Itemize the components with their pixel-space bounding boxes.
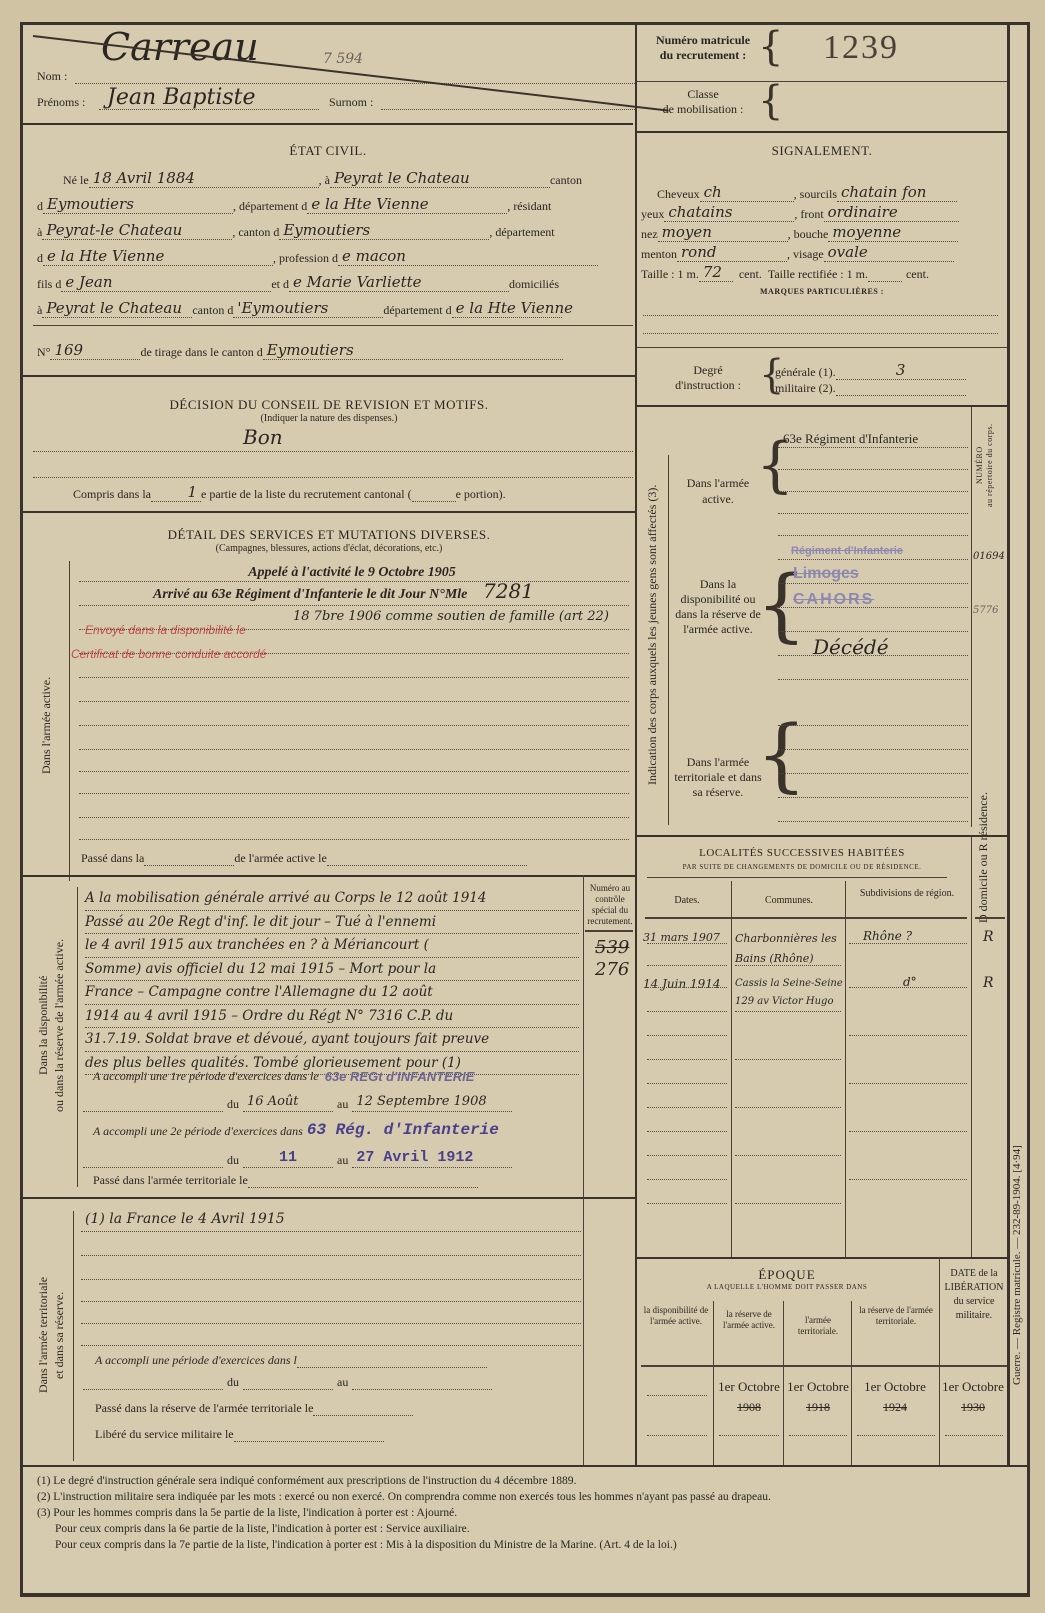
- terr-line: [81, 1255, 581, 1256]
- passe-reserve-terr-row: Passé dans la réserve de l'armée territo…: [95, 1401, 413, 1416]
- divider: [637, 405, 1007, 407]
- epoque-title: ÉPOQUE: [637, 1267, 937, 1283]
- bracket-line: [69, 561, 70, 881]
- services-title: DÉTAIL DES SERVICES ET MUTATIONS DIVERSE…: [23, 527, 635, 543]
- divider: [637, 81, 1007, 82]
- service-line: [79, 725, 629, 726]
- matricule-label: Numéro matricule du recrutement :: [643, 33, 763, 63]
- side-label-active: Dans l'armée active.: [39, 565, 54, 885]
- bracket-line: [668, 455, 669, 825]
- right-border: [1007, 25, 1010, 1465]
- epoque-col-reserve-territoriale: la réserve de l'armée territoriale.: [853, 1305, 939, 1327]
- mobilisation-text: A la mobilisation générale arrivé au Cor…: [85, 887, 579, 1075]
- localite-subdivision: Rhône ?: [863, 929, 912, 943]
- service-line: [79, 701, 629, 702]
- envoye-stamp: Envoyé dans la disponibilité le: [85, 623, 246, 637]
- divider: [585, 930, 633, 932]
- periode2-row: A accompli une 2e période d'exercices da…: [93, 1121, 499, 1139]
- localite-line: [735, 1155, 841, 1156]
- column-divider: [939, 1257, 940, 1465]
- divider: [647, 877, 947, 878]
- controle-header: Numéro au contrôle spécial du recrutemen…: [585, 883, 635, 927]
- reserve-stamp-2: Limoges: [793, 565, 859, 583]
- localite-line: [735, 1203, 841, 1204]
- epoque-line: [857, 1435, 935, 1436]
- localite-line: [849, 1083, 967, 1084]
- column-divider: [583, 1197, 584, 1467]
- brace-icon: {: [758, 81, 783, 121]
- localites-title: LOCALITÉS SUCCESSIVES HABITÉES: [637, 847, 967, 859]
- corps-line: [778, 491, 968, 492]
- prenoms-value: Jean Baptiste: [107, 85, 256, 110]
- terr-dates-row: du au: [83, 1375, 492, 1390]
- periode1-dates-row: du 16 Août au 12 Septembre 1908: [83, 1093, 512, 1112]
- marques-line: [643, 315, 998, 316]
- localite-line: [735, 965, 841, 966]
- decision-line: [33, 451, 633, 452]
- service-line: [79, 771, 629, 772]
- column-divider: [635, 25, 637, 1465]
- divider: [23, 1197, 635, 1199]
- decision-line: [33, 477, 633, 478]
- corps-reserve-label: Dans la disponibilité ou dans la réserve…: [671, 577, 765, 637]
- militaire-row: militaire (2).: [775, 381, 966, 396]
- service-line: [79, 749, 629, 750]
- surnom-label: Surnom :: [329, 95, 373, 110]
- certificat-stamp: Certificat de bonne conduite accordé: [71, 647, 266, 661]
- arrive-text: Arrivé au 63e Régiment d'Infanterie le d…: [153, 587, 467, 603]
- epoque-line: [647, 1435, 707, 1436]
- taille-row: Taille : 1 m. 72 cent. Taille rectifiée …: [641, 263, 929, 282]
- appele-text: Appelé à l'activité le 9 Octobre 1905: [69, 565, 635, 581]
- column-divider: [713, 1301, 714, 1465]
- localite-line: [735, 1107, 841, 1108]
- divider: [23, 875, 635, 877]
- profession-row: d e la Hte Vienne , profession d e macon: [37, 247, 633, 266]
- terr-line: [81, 1323, 581, 1324]
- corps-line: [778, 725, 968, 726]
- generale-row: générale (1). 3: [775, 361, 966, 380]
- nom-line: [75, 83, 635, 84]
- corps-active-value: 63e Régiment d'Infanterie: [783, 431, 918, 447]
- column-divider: [731, 881, 732, 1257]
- margin-imprint: Guerre. — Registre matricule. — 232-89-1…: [1011, 1065, 1023, 1465]
- epoque-value: 1er Octobre 1918: [783, 1377, 853, 1417]
- localite-line: [849, 943, 967, 944]
- services-subtitle: (Campagnes, blessures, actions d'éclat, …: [23, 543, 635, 554]
- localite-line: [647, 943, 727, 944]
- localites-col-type: D domicile ou R résidence.: [977, 843, 989, 923]
- divider: [23, 123, 633, 125]
- nez-row: nez moyen , bouche moyenne: [641, 223, 958, 242]
- service-line: [79, 629, 629, 630]
- menton-row: menton rond , visage ovale: [641, 243, 954, 262]
- reserve-stamp-1: Régiment d'Infanterie: [791, 545, 903, 557]
- periode1-row: A accompli une 1re période d'exercices d…: [93, 1069, 474, 1084]
- degre-label: Degré d'instruction :: [653, 363, 763, 393]
- decision-title: DÉCISION DU CONSEIL DE REVISION ET MOTIF…: [23, 397, 635, 413]
- localite-line: [647, 1035, 727, 1036]
- localite-line: [647, 965, 727, 966]
- canton-row: d Eymoutiers , département d e la Hte Vi…: [37, 195, 633, 214]
- epoque-value: 1er Octobre 1930: [939, 1377, 1007, 1417]
- libere-row: Libéré du service militaire le: [95, 1427, 384, 1442]
- signalement-title: SIGNALEMENT.: [637, 143, 1007, 159]
- localite-line: [647, 1179, 727, 1180]
- localite-type: R: [983, 975, 994, 991]
- bracket-line: [73, 1211, 74, 1461]
- parents-row: fils d e Jean et d e Marie Varliette dom…: [37, 273, 633, 292]
- localite-line: [849, 1035, 967, 1036]
- corps-line: [778, 513, 968, 514]
- service-line: [79, 605, 629, 606]
- brace-icon: {: [756, 715, 807, 795]
- localite-line: [647, 1011, 727, 1012]
- service-line: [79, 793, 629, 794]
- domicile-row: à Peyrat le Chateau canton d 'Eymoutiers…: [37, 299, 633, 318]
- localite-commune: Cassis la Seine-Seine 129 av Victor Hugo: [735, 975, 845, 1011]
- terr-line: [81, 1231, 581, 1232]
- passe-row: Passé dans la de l'armée active le: [81, 851, 527, 866]
- column-divider: [845, 881, 846, 1257]
- epoque-value: 1er Octobre 1908: [715, 1377, 783, 1417]
- corps-active-label: Dans l'armée active.: [673, 475, 763, 507]
- corps-line: [778, 773, 968, 774]
- divider: [23, 375, 635, 377]
- epoque-value: 1er Octobre 1924: [851, 1377, 939, 1417]
- localite-date: 14 Juin 1914: [643, 977, 729, 991]
- localites-col-communes: Communes.: [733, 895, 845, 906]
- terr-periode-row: A accompli une période d'exercices dans …: [95, 1353, 487, 1368]
- decision-value: Bon: [243, 425, 283, 449]
- divider: [23, 511, 635, 513]
- divider: [23, 1465, 1027, 1467]
- localites-col-dates: Dates.: [643, 895, 731, 906]
- epoque-line: [789, 1435, 847, 1436]
- localite-line: [735, 1059, 841, 1060]
- epoque-col-reserve-active: la réserve de l'armée active.: [715, 1309, 783, 1331]
- reserve-num-1: 01694: [973, 551, 1005, 562]
- divider: [33, 325, 633, 326]
- corps-line: [778, 679, 968, 680]
- epoque-line: [945, 1435, 1003, 1436]
- corps-line: [778, 631, 968, 632]
- localite-line: [647, 1155, 727, 1156]
- side-label-dispo: Dans la disponibilité ou dans la réserve…: [35, 905, 67, 1145]
- liberation-header: DATE de la LIBÉRATION du service militai…: [941, 1267, 1007, 1323]
- localite-line: [735, 1011, 841, 1012]
- epoque-col-disponibilite: la disponibilité de l'armée active.: [639, 1305, 713, 1327]
- nom-label: Nom :: [37, 69, 67, 84]
- divider: [975, 917, 1005, 919]
- classe-label: Classe de mobilisation :: [643, 87, 763, 117]
- passe-territoriale-row: Passé dans l'armée territoriale le: [93, 1173, 478, 1188]
- registre-matricule-sheet: Nom : Carreau 7 594 Prénoms : Jean Bapti…: [20, 22, 1030, 1597]
- localite-line: [647, 1083, 727, 1084]
- bracket-line: [77, 887, 78, 1187]
- residence-row: à Peyrat-le Chateau , canton d Eymoutier…: [37, 221, 633, 240]
- service-line: [79, 817, 629, 818]
- compris-row: Compris dans la 1 e partie de la liste d…: [73, 483, 506, 502]
- envoye-value: 18 7bre 1906 comme soutien de famille (a…: [293, 609, 609, 624]
- side-label-territoriale: Dans l'armée territoriale et dans sa rés…: [35, 1215, 67, 1455]
- epoque-subtitle: A LAQUELLE L'HOMME DOIT PASSER DANS: [637, 1283, 937, 1291]
- localites-subtitle: PAR SUITE DE CHANGEMENTS DE DOMICILE OU …: [637, 863, 967, 871]
- divider: [641, 1365, 1007, 1367]
- etat-civil-title: ÉTAT CIVIL.: [23, 143, 633, 159]
- corps-line: [778, 607, 968, 608]
- localite-line: [647, 1131, 727, 1132]
- service-line: [79, 677, 629, 678]
- localite-line: [849, 1179, 967, 1180]
- arrive-num: 7281: [483, 579, 534, 603]
- service-line: [79, 653, 629, 654]
- terr-line: [81, 1345, 581, 1346]
- service-line: [79, 839, 629, 840]
- corps-line: [778, 447, 968, 448]
- divider: [645, 917, 967, 919]
- footnotes: (1) Le degré d'instruction générale sera…: [37, 1473, 1007, 1553]
- column-divider: [971, 837, 972, 1257]
- tirage-row: N° 169 de tirage dans le canton d Eymout…: [37, 341, 633, 360]
- divider: [637, 347, 1007, 348]
- yeux-row: yeux chatains , front ordinaire: [641, 203, 959, 222]
- numero-repertoire-header: NUMÉRO au répertoire du corps.: [975, 415, 995, 515]
- terr-line: [81, 1301, 581, 1302]
- corps-line: [778, 797, 968, 798]
- column-divider: [971, 407, 972, 827]
- divider: [637, 1257, 1007, 1259]
- matricule-value: 1239: [823, 29, 899, 67]
- epoque-line: [719, 1435, 779, 1436]
- surnom-line: [381, 109, 635, 110]
- corps-territoriale-label: Dans l'armée territoriale et dans sa rés…: [673, 755, 763, 800]
- corps-side-label: Indication des corps auxquels les jeunes…: [645, 445, 660, 825]
- localite-line: [647, 1107, 727, 1108]
- localite-line: [647, 1059, 727, 1060]
- corps-line: [778, 821, 968, 822]
- prenoms-label: Prénoms :: [37, 95, 85, 110]
- epoque-col-territoriale: l'armée territoriale.: [785, 1315, 851, 1337]
- nom-annotation: 7 594: [323, 51, 363, 67]
- reserve-num-2: 5776: [973, 605, 998, 616]
- corps-line: [778, 749, 968, 750]
- brace-icon: {: [758, 27, 783, 67]
- localite-line: [849, 987, 967, 988]
- naissance-row: Né le 18 Avril 1884 , à Peyrat le Chatea…: [63, 169, 633, 188]
- column-divider: [583, 875, 584, 1205]
- corps-line: [778, 559, 968, 560]
- divider: [637, 835, 1007, 837]
- service-line: [79, 581, 629, 582]
- decision-subtitle: (Indiquer la nature des dispenses.): [23, 413, 635, 424]
- cheveux-row: Cheveux ch , sourcils chatain fon: [657, 183, 957, 202]
- localite-line: [647, 987, 727, 988]
- corps-line: [778, 469, 968, 470]
- corps-line: [778, 535, 968, 536]
- localite-type: R: [983, 929, 994, 945]
- divider: [637, 131, 1007, 133]
- localites-col-subdivisions: Subdivisions de région.: [847, 887, 967, 900]
- periode2-dates-row: du 11 au 27 Avril 1912: [83, 1149, 512, 1168]
- corps-line: [778, 655, 968, 656]
- terr-line: [81, 1279, 581, 1280]
- marques-line: [643, 333, 998, 334]
- controle-values: 539 276: [595, 937, 629, 981]
- localite-line: [647, 1203, 727, 1204]
- corps-line: [778, 583, 968, 584]
- localite-line: [849, 1131, 967, 1132]
- territoriale-note: (1) la France le 4 Avril 1915: [85, 1211, 285, 1227]
- marques-title: MARQUES PARTICULIÈRES :: [637, 287, 1007, 296]
- localite-commune: Charbonnières les Bains (Rhône): [735, 929, 845, 969]
- epoque-value-empty: [647, 1395, 707, 1396]
